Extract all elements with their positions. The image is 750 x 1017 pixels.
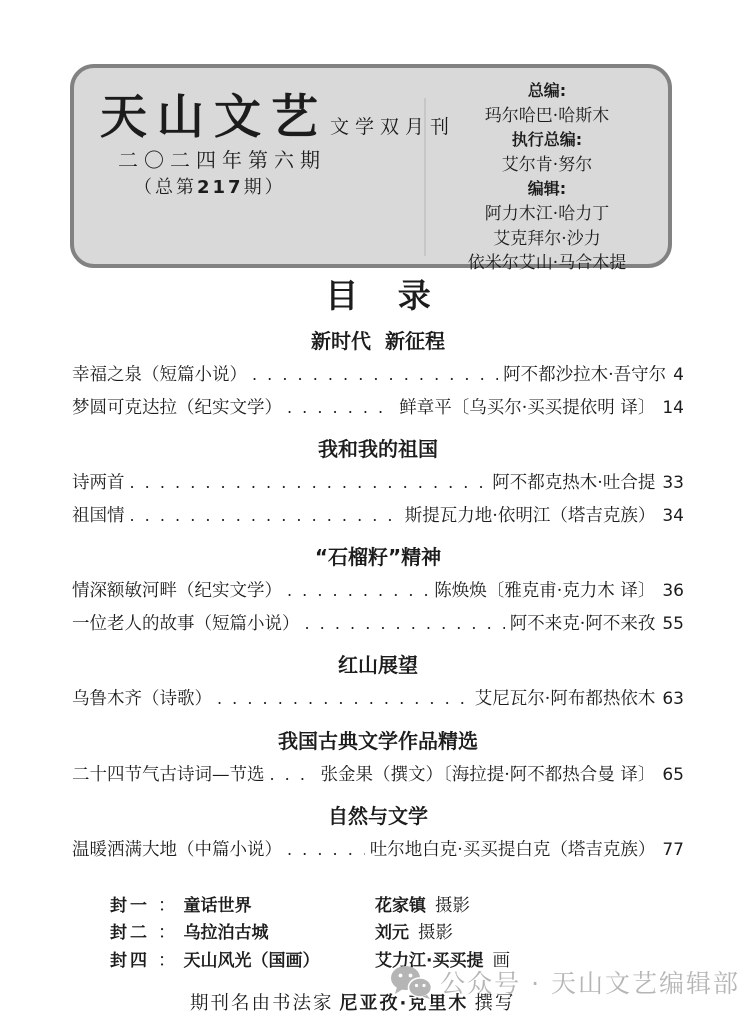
toc-entry: 梦圆可克达拉（纪实文学）. . . . . . . . . . . . . . …	[72, 392, 684, 425]
entry-author: 艾尼瓦尔·阿布都热依木	[475, 683, 656, 716]
entry-page: 33	[662, 467, 684, 500]
entry-title: 乌鲁木齐（诗歌）	[72, 683, 212, 716]
entry-title: 温暖洒满大地（中篇小说）	[72, 834, 282, 867]
entry-page: 36	[662, 575, 684, 608]
entry-page: 34	[662, 500, 684, 533]
dot-leader: . . . . . . . . . . . . . . . . . . . . …	[252, 359, 498, 392]
toc-entry: 一位老人的故事（短篇小说）. . . . . . . . . . . . . .…	[72, 608, 684, 641]
section-heading: 红山展望	[72, 651, 684, 680]
toc-entry: 祖国情. . . . . . . . . . . . . . . . . . .…	[72, 500, 684, 533]
entry-page: 65	[662, 759, 684, 792]
entry-author: 斯提瓦力地·依明江（塔吉克族）	[405, 500, 656, 533]
cover-label: 封四	[110, 948, 150, 976]
staff-name: 艾克拜尔·沙力	[426, 227, 668, 252]
entry-author: 阿不都克热木·吐合提	[492, 467, 655, 500]
entry-page: 63	[662, 683, 684, 716]
cover-title: 乌拉泊古城	[184, 920, 269, 948]
entry-title: 二十四节气古诗词—节选	[72, 759, 265, 792]
magazine-title: 天山文艺	[100, 80, 328, 147]
covers-list: 封一：童话世界花家镇摄影封二：乌拉泊古城刘元摄影封四：天山风光（国画）艾力江·买…	[110, 893, 684, 976]
entry-author: 陈焕焕〔雅克甫·克力木 译〕	[434, 575, 655, 608]
dot-leader: . . . . . . . . . . . . . . . . . . . . …	[130, 467, 488, 500]
entry-author: 阿不都沙拉木·吾守尔	[503, 359, 666, 392]
masthead-box: 天山文艺 文学双月刊 二〇二四年第六期 （总第217期） 总编:玛尔哈巴·哈斯木…	[70, 64, 672, 268]
toc-title: 目 录	[72, 276, 684, 316]
wechat-watermark-text: 公众号 · 天山文艺编辑部	[440, 964, 740, 1000]
dot-leader: . . . . . . . . . . . . . . . . . . . . …	[287, 834, 365, 867]
cover-credit-role: 摄影	[418, 920, 453, 948]
issue-year-line: 二〇二四年第六期	[118, 144, 326, 173]
cover-label: 封二	[110, 920, 150, 948]
section-heading: 自然与文学	[72, 802, 684, 831]
section-heading: 我国古典文学作品精选	[72, 727, 684, 756]
staff-role-label: 总编:	[426, 79, 668, 104]
wechat-watermark: 公众号 · 天山文艺编辑部	[390, 964, 740, 1000]
toc-entry: 温暖洒满大地（中篇小说）. . . . . . . . . . . . . . …	[72, 834, 684, 867]
cover-left: 封一：童话世界	[110, 893, 375, 921]
cover-credit-name: 花家镇	[375, 893, 426, 921]
toc-entry: 幸福之泉（短篇小说）. . . . . . . . . . . . . . . …	[72, 359, 684, 392]
section-heading: “石榴籽”精神	[72, 543, 684, 572]
dot-leader: . . . . . . . . . . . . . . . . . . . . …	[287, 575, 429, 608]
issue-total-number: 217	[197, 177, 244, 198]
calligrapher-prefix: 期刊名由书法家	[190, 993, 334, 1014]
staff-name: 玛尔哈巴·哈斯木	[426, 104, 668, 129]
cover-credit-row: 封二：乌拉泊古城刘元摄影	[110, 920, 684, 948]
toc-sections: 新时代 新征程幸福之泉（短篇小说）. . . . . . . . . . . .…	[72, 327, 684, 867]
toc-entry: 情深额敏河畔（纪实文学）. . . . . . . . . . . . . . …	[72, 575, 684, 608]
dot-leader: . . . . . . . . . . . . . . . . . . . . …	[270, 759, 316, 792]
cover-credit-row: 封一：童话世界花家镇摄影	[110, 893, 684, 921]
entry-author: 吐尔地白克·买买提白克（塔吉克族）	[370, 834, 656, 867]
entry-page: 4	[673, 359, 684, 392]
toc-entry: 二十四节气古诗词—节选. . . . . . . . . . . . . . .…	[72, 759, 684, 792]
entry-title: 祖国情	[72, 500, 125, 533]
cover-colon: ：	[158, 920, 176, 948]
entry-page: 14	[662, 392, 684, 425]
staff-role-label: 编辑:	[426, 177, 668, 202]
entry-author: 张金果（撰文）〔海拉提·阿不都热合曼 译〕	[320, 759, 655, 792]
entry-title: 幸福之泉（短篇小说）	[72, 359, 247, 392]
entry-page: 55	[662, 608, 684, 641]
cover-credit-name: 刘元	[375, 920, 409, 948]
toc-entry: 诗两首. . . . . . . . . . . . . . . . . . .…	[72, 467, 684, 500]
staff-role-label: 执行总编:	[426, 128, 668, 153]
cover-credit-role: 摄影	[435, 893, 470, 921]
issue-total-suffix: 期）	[244, 177, 286, 198]
masthead-title-row: 天山文艺 文学双月刊	[100, 80, 455, 147]
cover-label: 封一	[110, 893, 150, 921]
staff-name: 依米尔艾山·马合木提	[426, 251, 668, 276]
staff-list: 总编:玛尔哈巴·哈斯木执行总编:艾尔肯·努尔编辑:阿力木江·哈力丁艾克拜尔·沙力…	[426, 79, 668, 276]
cover-left: 封二：乌拉泊古城	[110, 920, 375, 948]
dot-leader: . . . . . . . . . . . . . . . . . . . . …	[287, 392, 394, 425]
dot-leader: . . . . . . . . . . . . . . . . . . . . …	[305, 608, 505, 641]
toc-entry: 乌鲁木齐（诗歌）. . . . . . . . . . . . . . . . …	[72, 683, 684, 716]
entry-title: 诗两首	[72, 467, 125, 500]
entry-page: 77	[662, 834, 684, 867]
staff-name: 艾尔肯·努尔	[426, 153, 668, 178]
cover-colon: ：	[158, 948, 176, 976]
section-heading: 新时代 新征程	[72, 327, 684, 356]
entry-title: 情深额敏河畔（纪实文学）	[72, 575, 282, 608]
dot-leader: . . . . . . . . . . . . . . . . . . . . …	[217, 683, 470, 716]
issue-total-line: （总第217期）	[134, 173, 286, 199]
section-heading: 我和我的祖国	[72, 435, 684, 464]
issue-total-prefix: （总第	[134, 177, 197, 198]
dot-leader: . . . . . . . . . . . . . . . . . . . . …	[130, 500, 400, 533]
cover-title: 天山风光（国画）	[184, 948, 320, 976]
toc-content: 目 录 新时代 新征程幸福之泉（短篇小说）. . . . . . . . . .…	[72, 276, 684, 1015]
entry-title: 一位老人的故事（短篇小说）	[72, 608, 300, 641]
entry-author: 鲜章平〔乌买尔·买买提依明 译〕	[399, 392, 655, 425]
entry-title: 梦圆可克达拉（纪实文学）	[72, 392, 282, 425]
cover-title: 童话世界	[184, 893, 252, 921]
cover-colon: ：	[158, 893, 176, 921]
cover-left: 封四：天山风光（国画）	[110, 948, 375, 976]
magazine-toc-page: { "colors": { "box_fill": "#d9d9d9", "bo…	[0, 0, 750, 1017]
entry-author: 阿不来克·阿不来孜	[510, 608, 656, 641]
staff-name: 阿力木江·哈力丁	[426, 202, 668, 227]
wechat-icon	[390, 965, 432, 999]
